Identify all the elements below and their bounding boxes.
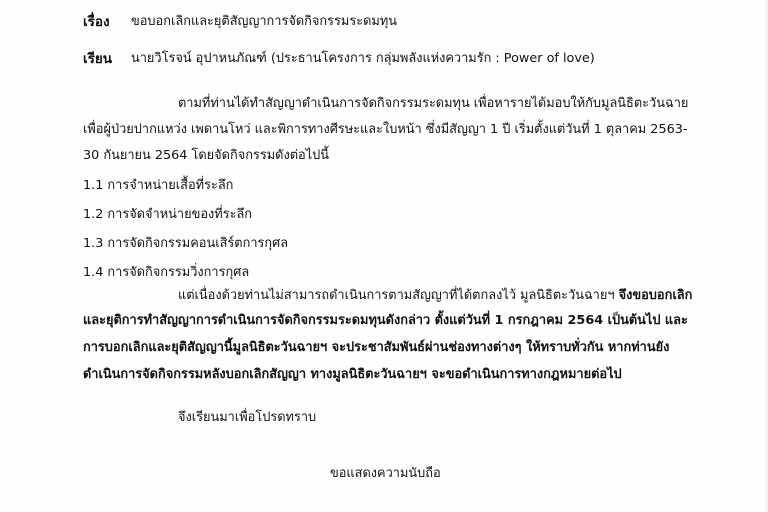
closing-line: จึงเรียนมาเพื่อโปรดทราบ [178, 409, 316, 427]
activity-item: 1.3 การจัดกิจกรรมคอนเสิร์ตการกุศล [83, 235, 288, 253]
activity-item: 1.1 การจำหน่ายเสื้อที่ระลึก [83, 177, 233, 195]
paragraph-intro-line-3: 30 กันยายน 2564 โดยจัดกิจกรรมดังต่อไปนี้ [83, 147, 329, 165]
termination-notice-text: จึงขอบอกเลิก [619, 288, 693, 303]
paragraph-intro-line-1: ตามที่ท่านได้ทำสัญญาดำเนินการจัดกิจกรรมร… [178, 95, 688, 113]
subject-label: เรื่อง [83, 13, 110, 31]
activity-item: 1.4 การจัดกิจกรรมวิ่งการกุศล [83, 264, 249, 282]
paragraph-termination-line-1: แต่เนื่องด้วยท่านไม่สามารถดำเนินการตามสั… [178, 287, 692, 305]
letter-page: เรื่อง ขอบอกเลิกและยุติสัญญาการจัดกิจกรร… [0, 0, 768, 512]
subject-text: ขอบอกเลิกและยุติสัญญาการจัดกิจกรรมระดมทุ… [131, 13, 397, 31]
termination-reason-text: แต่เนื่องด้วยท่านไม่สามารถดำเนินการตามสั… [178, 288, 619, 303]
recipient-text: นายวิโรจน์ อุปาหนภัณฑ์ (ประธานโครงการ กล… [131, 50, 595, 68]
paragraph-termination-line-3: การบอกเลิกและยุติสัญญานี้มูลนิธิตะวันฉาย… [83, 339, 669, 357]
activity-item: 1.2 การจัดจำหน่ายของที่ระลึก [83, 206, 252, 224]
recipient-label: เรียน [83, 50, 112, 68]
signoff: ขอแสดงความนับถือ [330, 465, 441, 483]
paragraph-termination-line-2: และยุติการทำสัญญาการดำเนินการจัดกิจกรรมร… [83, 312, 688, 330]
paragraph-termination-line-4: ดำเนินการจัดกิจกรรมหลังบอกเลิกสัญญา ทางม… [83, 366, 622, 384]
paragraph-intro-line-2: เพื่อผู้ป่วยปากแหว่ง เพดานโหว่ และพิการท… [83, 121, 687, 139]
